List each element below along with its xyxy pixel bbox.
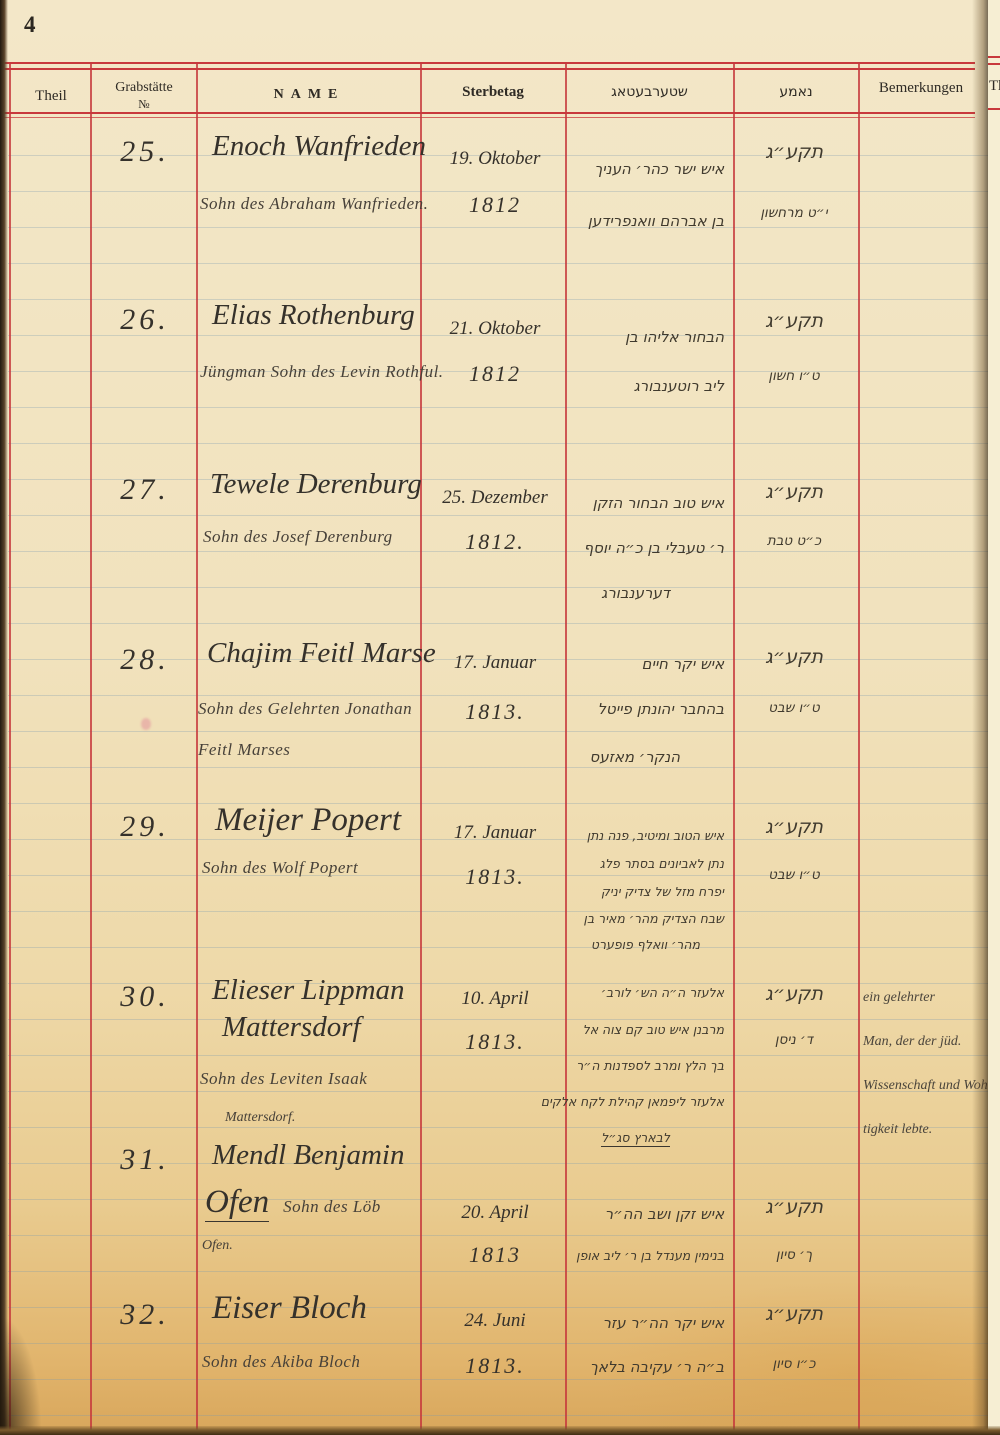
entry-patronymic: Sohn des Wolf Popert xyxy=(202,858,358,878)
entry-hebrew-line: בנימין מענדל בן ר׳ ליב אופן xyxy=(576,1248,724,1263)
column-rule-5 xyxy=(733,62,735,1435)
entry-hebrew-date: ד׳ ניסן xyxy=(738,1032,850,1048)
header-bemerkungen: Bemerkungen xyxy=(858,80,984,97)
entry-hebrew-line: איש טוב הבחור הזקן xyxy=(593,494,724,512)
entry-death-date: 21. Oktober xyxy=(432,318,558,340)
entry-death-year: 1812 xyxy=(432,361,558,387)
register-page: 4 Theil Grabstätte № NAME Sterbetag שטער… xyxy=(0,0,1000,1435)
entry-hebrew-date: י״ט מרחשון xyxy=(738,205,850,221)
entry-death-date: 25. Dezember xyxy=(432,487,558,509)
entry-patronymic: Sohn des Leviten Isaak xyxy=(200,1069,367,1089)
column-rule-left xyxy=(9,62,11,1435)
entry-hebrew-line: הבחור אליהו בן xyxy=(625,328,724,346)
header-sterbetag: Sterbetag xyxy=(422,84,564,101)
corner-shadow xyxy=(0,1315,42,1435)
next-page-rule-1 xyxy=(988,56,1000,58)
entry-hebrew-line: איש יקר חיים xyxy=(642,655,724,673)
header-rule-1 xyxy=(0,112,975,114)
entry-hebrew-year: תקע״ג xyxy=(738,1303,850,1325)
entry-hebrew-line: אלעזר ליפמאן קהילת לקח אלקים xyxy=(541,1094,724,1109)
entry-hebrew-line: שבח הצדיק מהר׳ מאיר בן xyxy=(584,911,724,926)
entry-patronymic: Sohn des Abraham Wanfrieden. xyxy=(200,194,428,214)
entry-hebrew-year: תקע״ג xyxy=(738,141,850,163)
column-rule-1 xyxy=(90,62,92,1435)
entry-number: 29. xyxy=(95,810,195,844)
entry-hebrew-year: תקע״ג xyxy=(738,816,850,838)
entry-name: Mattersdorf xyxy=(222,1011,361,1044)
entry-hebrew-line: ר׳ טעבלי בן כ״ה יוסף xyxy=(584,539,724,557)
entry-hebrew-year: תקע״ג xyxy=(738,481,850,503)
entry-name-line: OfenSohn des Löb xyxy=(205,1184,381,1221)
entry-hebrew-date: ט״ו חשון xyxy=(738,368,850,384)
entry-patronymic: Ofen. xyxy=(202,1238,233,1254)
entry-death-date: 17. Januar xyxy=(432,822,558,844)
entry-patronymic: Jüngman Sohn des Levin Rothful. xyxy=(200,362,444,382)
entry-name: Eiser Bloch xyxy=(212,1290,367,1327)
entry-number: 30. xyxy=(95,980,195,1014)
top-rule-1 xyxy=(0,62,975,64)
entry-name: Elieser Lippman xyxy=(212,974,405,1007)
pink-blot xyxy=(141,718,151,730)
entry-death-date: 10. April xyxy=(432,988,558,1010)
entry-name: Mendl Benjamin xyxy=(212,1139,404,1172)
entry-patronymic: Feitl Marses xyxy=(198,740,290,760)
entry-hebrew-line: מרבנן איש טוב קם צוה אל xyxy=(583,1022,724,1037)
entry-hebrew-line: איש ישר כהר׳ העניך xyxy=(594,160,724,178)
entry-hebrew-date: ך׳ סיון xyxy=(738,1247,850,1263)
entry-name: Meijer Popert xyxy=(215,802,401,839)
header-sterbetag-hebrew: שטערבעטאג xyxy=(567,84,732,100)
entry-patronymic: Mattersdorf. xyxy=(225,1110,295,1126)
entry-death-date: 24. Juni xyxy=(432,1310,558,1332)
entry-hebrew-date: ט״ו שבט xyxy=(738,700,850,716)
entry-hebrew-line: איש יקר הה״ר עזר xyxy=(602,1314,724,1332)
entry-name: Tewele Derenburg xyxy=(210,468,422,501)
entry-hebrew-line: הנקר׳ מאזעס xyxy=(590,748,680,766)
bottom-edge xyxy=(0,1426,1000,1435)
entry-death-year: 1813. xyxy=(432,864,558,890)
entry-hebrew-line: בן אברהם וואנפרידען xyxy=(588,212,724,230)
entry-death-year: 1813. xyxy=(432,699,558,725)
entry-hebrew-line: יפרח מזל של צדיק יניק xyxy=(601,884,724,899)
page-gutter-shadow xyxy=(972,0,988,1435)
entry-remark-line: Man, der der jüd. xyxy=(863,1034,961,1050)
column-rule-6 xyxy=(858,62,860,1435)
entry-hebrew-year: תקע״ג xyxy=(738,983,850,1005)
entry-death-date: 17. Januar xyxy=(432,652,558,674)
entry-hebrew-date: ט״ו שבט xyxy=(738,867,850,883)
entry-death-year: 1813. xyxy=(432,1353,558,1379)
entry-death-date: 20. April xyxy=(432,1202,558,1224)
entry-number: 27. xyxy=(95,473,195,507)
header-name: NAME xyxy=(198,87,420,103)
entry-hebrew-year: תקע״ג xyxy=(738,646,850,668)
header-theil: Theil xyxy=(12,88,90,105)
next-page-header-partial: Th xyxy=(989,78,1000,95)
entry-hebrew-date: כ״ט טבת xyxy=(738,533,850,549)
entry-death-year: 1813. xyxy=(432,1029,558,1055)
next-page-rule-3 xyxy=(988,108,1000,110)
entry-death-year: 1812. xyxy=(432,529,558,555)
entry-number: 31. xyxy=(95,1143,195,1177)
next-page-rule-2 xyxy=(988,63,1000,65)
entry-patronymic: Sohn des Löb xyxy=(283,1197,381,1216)
entry-name: Chajim Feitl Marse xyxy=(207,637,436,670)
top-rule-2 xyxy=(0,68,975,70)
entry-hebrew-line: ב״ה ר׳ עקיבה בלאך xyxy=(590,1358,724,1376)
entry-hebrew-year: תקע״ג xyxy=(738,310,850,332)
header-grabstaette: Grabstätte xyxy=(92,80,196,96)
entry-hebrew-line: אלעזר ה״ה הש׳ לורב׳ xyxy=(601,985,724,1000)
entry-number: 25. xyxy=(95,135,195,169)
entry-hebrew-line: בהחבר יהונתן פייטל xyxy=(598,700,724,718)
entry-death-year: 1813 xyxy=(432,1242,558,1268)
entry-number: 28. xyxy=(95,643,195,677)
entry-hebrew-line: מהר׳ וואלף פופערט xyxy=(591,937,700,952)
entry-hebrew-date: כ״ו סיון xyxy=(738,1356,850,1372)
entry-hebrew-line: ליב רוטענבורג xyxy=(634,377,724,395)
next-page-sliver: Th xyxy=(988,0,1000,1435)
page-number: 4 xyxy=(24,12,36,38)
entry-hebrew-line: איש הטוב ומיטיב, פנה נתן xyxy=(587,828,724,843)
entry-death-year: 1812 xyxy=(432,192,558,218)
entry-name-underlined: Ofen xyxy=(205,1184,269,1222)
entry-death-date: 19. Oktober xyxy=(432,148,558,170)
entry-hebrew-line: נתן לאביונים בסתר פלג xyxy=(600,856,724,871)
entry-patronymic: Sohn des Josef Derenburg xyxy=(203,527,393,547)
entry-number: 26. xyxy=(95,303,195,337)
header-grabstaette-no: № xyxy=(92,97,196,112)
entry-patronymic: Sohn des Gelehrten Jonathan xyxy=(198,699,412,719)
entry-remark-line: tigkeit lebte. xyxy=(863,1122,932,1138)
entry-name: Enoch Wanfrieden xyxy=(212,130,426,163)
entry-patronymic: Sohn des Akiba Bloch xyxy=(202,1352,360,1372)
entry-hebrew-line: איש זקן ושב הה״ר xyxy=(605,1205,724,1223)
entry-hebrew-year: תקע״ג xyxy=(738,1196,850,1218)
entry-remark-line: ein gelehrter xyxy=(863,990,935,1006)
entry-name: Elias Rothenburg xyxy=(212,299,415,332)
header-rule-2 xyxy=(0,117,975,118)
entry-number: 32. xyxy=(95,1298,195,1332)
header-name-hebrew: נאמע xyxy=(735,84,857,100)
column-rule-3 xyxy=(420,62,422,1435)
entry-hebrew-line: בך הלץ ומרב לספדנות ה״ר xyxy=(576,1058,724,1073)
binding-edge xyxy=(0,0,8,1435)
entry-hebrew-line: דערענבורג xyxy=(601,584,670,602)
entry-hebrew-line-underlined: לבארץ סג״ל xyxy=(601,1130,670,1147)
column-rule-4 xyxy=(565,62,567,1435)
